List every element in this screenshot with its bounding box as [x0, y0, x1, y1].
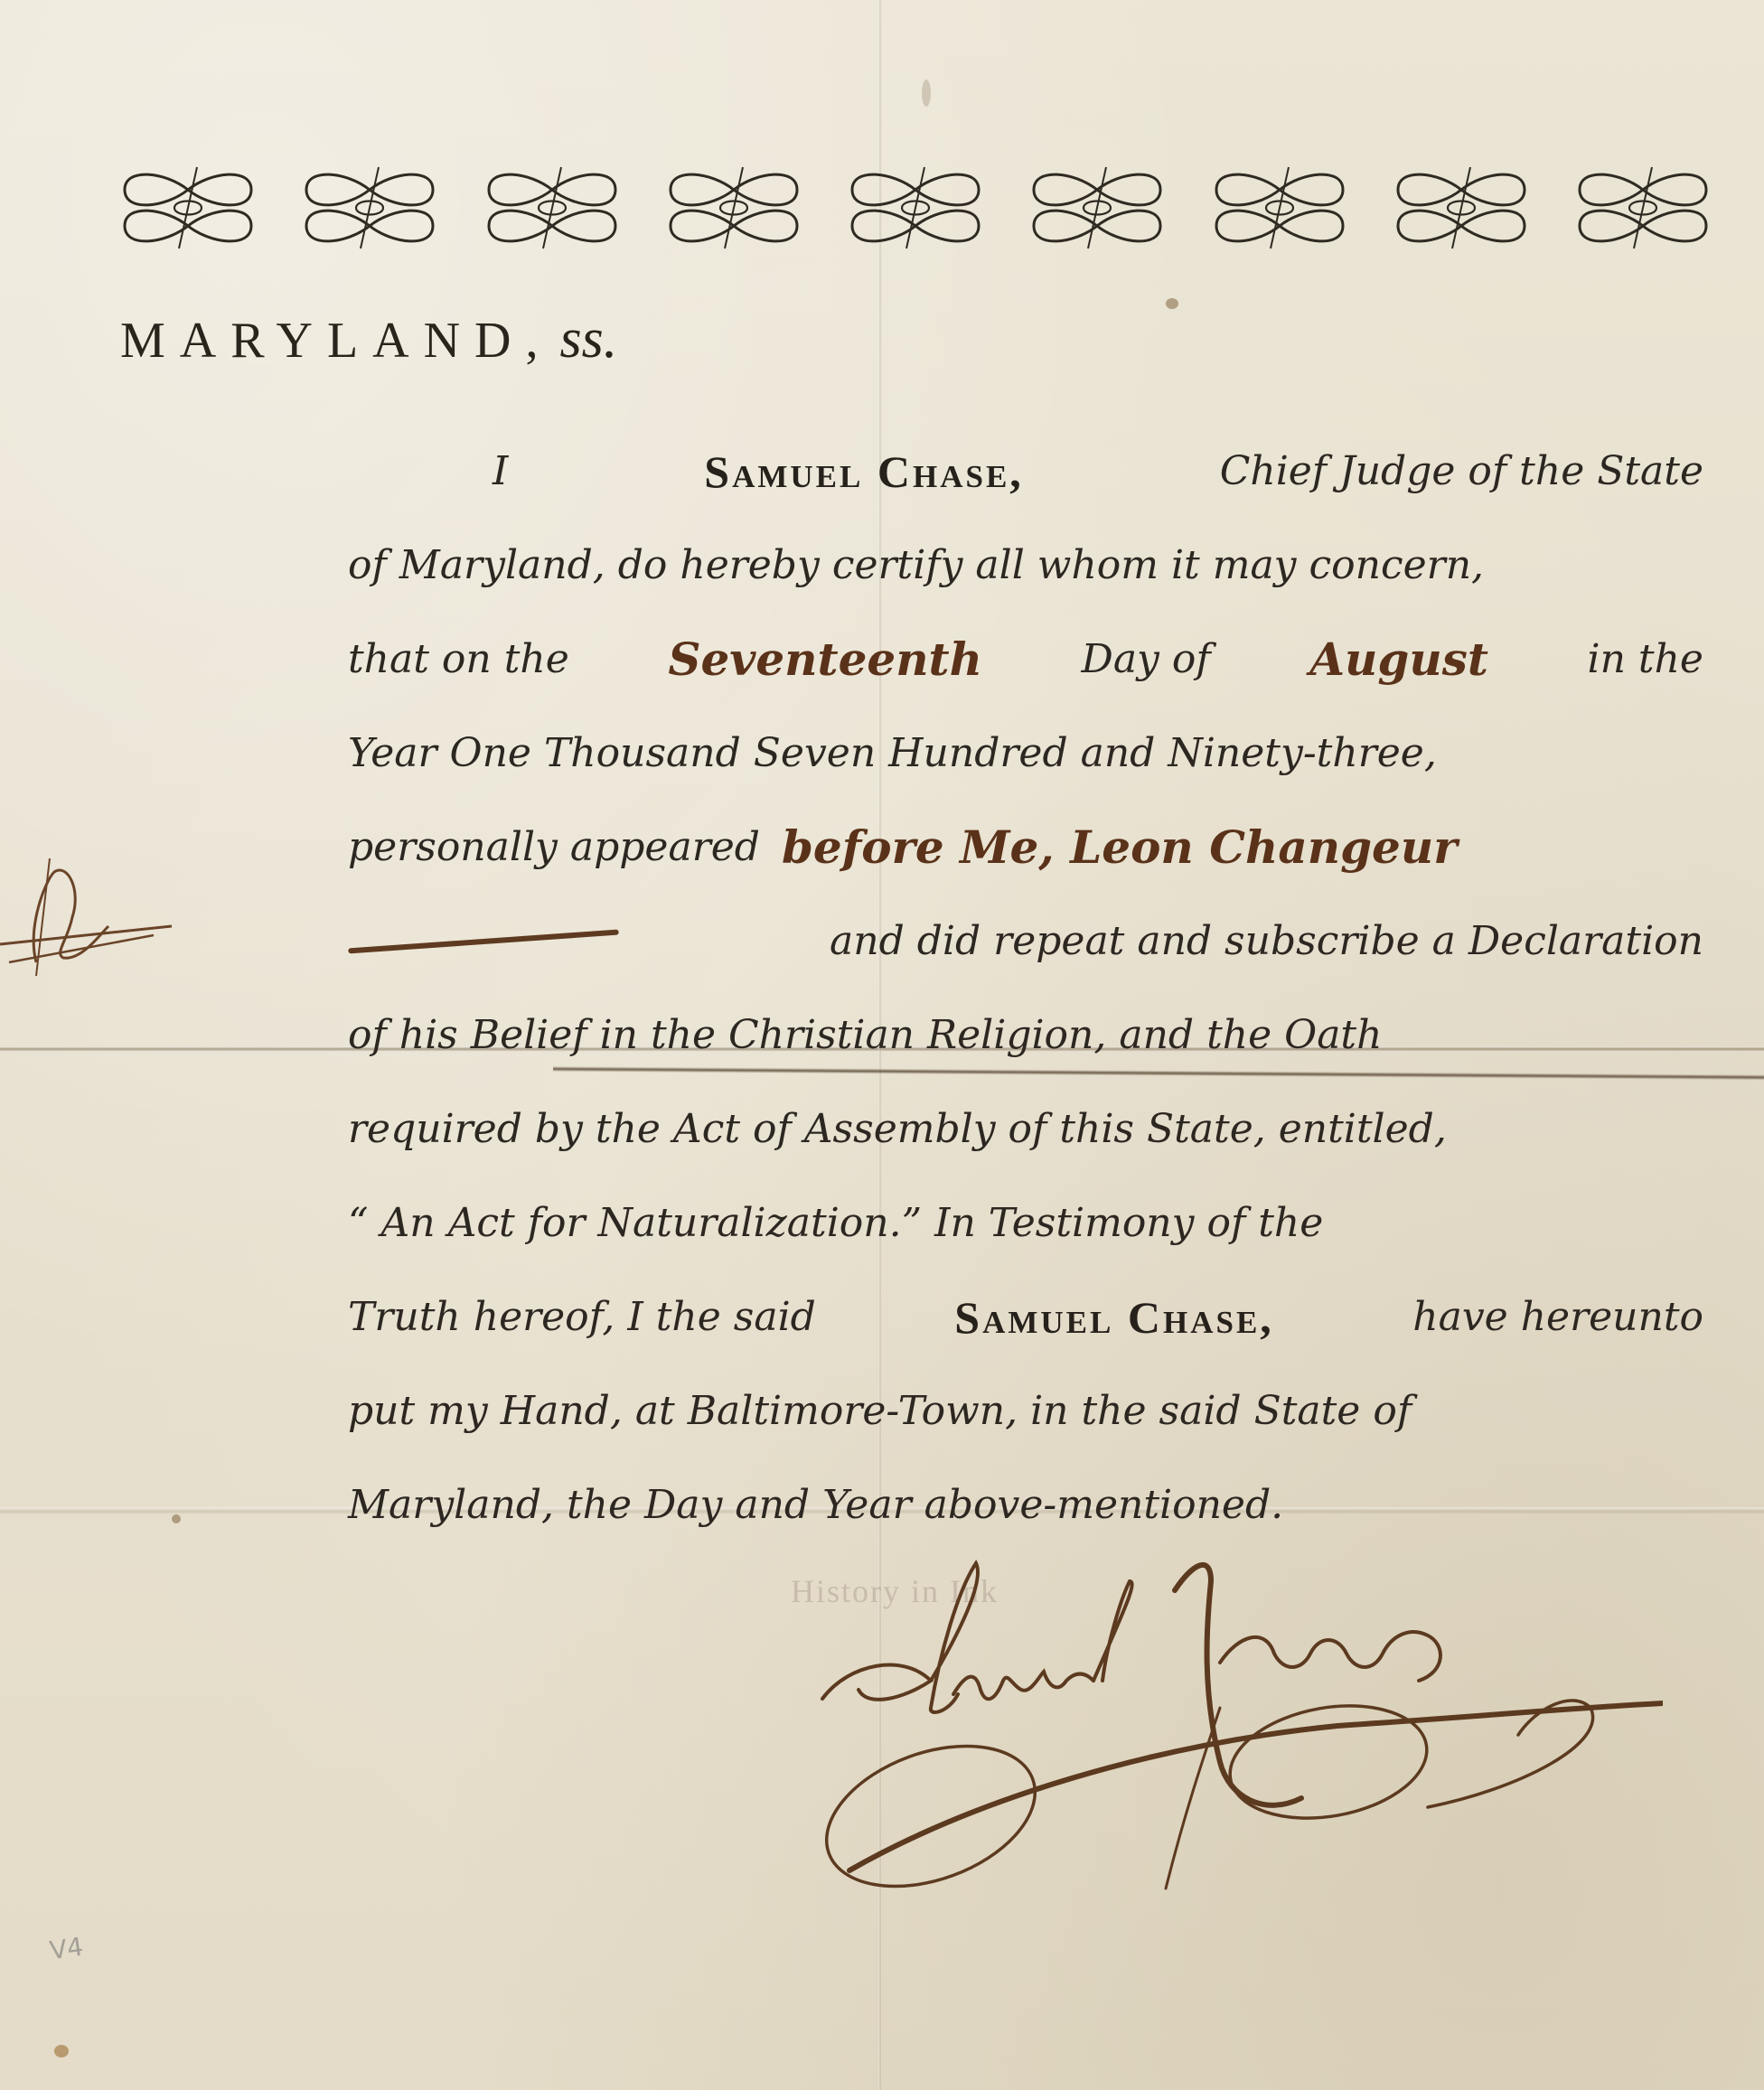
- handwritten-month: August: [1309, 613, 1488, 707]
- text-line-7: of his Belief in the Christian Religion,…: [348, 989, 1703, 1082]
- line-5-part-0: personally appeared: [348, 801, 760, 895]
- line-9-text: “ An Act for Naturalization.” In Testimo…: [348, 1176, 1323, 1270]
- line-7-text: of his Belief in the Christian Religion,…: [348, 989, 1382, 1082]
- line-11-text: put my Hand, at Baltimore-Town, in the s…: [348, 1364, 1412, 1458]
- text-line-5: personally appeared before Me, Leon Chan…: [348, 801, 1703, 895]
- state-heading: MARYLAND,ss.: [120, 307, 617, 371]
- flourish-ornament-icon: [1207, 163, 1352, 253]
- text-line-9: “ An Act for Naturalization.” In Testimo…: [348, 1176, 1703, 1270]
- flourish-ornament-icon: [1571, 163, 1715, 253]
- ink-spot: [1166, 298, 1178, 309]
- heading-text: MARYLAND,: [120, 313, 552, 369]
- line-1-part-0: I: [493, 425, 508, 519]
- line-10-part-2: have hereunto: [1412, 1270, 1703, 1364]
- smudge: [922, 80, 931, 107]
- text-line-8: required by the Act of Assembly of this …: [348, 1082, 1703, 1176]
- ss-mark: ss.: [559, 308, 617, 370]
- document-page: MARYLAND,ss. I Samuel Chase, Chief Judge…: [0, 0, 1764, 2090]
- flourish-ornament-icon: [116, 163, 260, 253]
- flourish-ornament-icon: [480, 163, 624, 253]
- flourish-ornament-icon: [1025, 163, 1169, 253]
- certificate-body: I Samuel Chase, Chief Judge of the State…: [348, 425, 1703, 1552]
- text-line-10: Truth hereof, I the said Samuel Chase, h…: [348, 1270, 1703, 1364]
- rust-spot: [54, 2045, 69, 2057]
- line-3-part-2: Day of: [1082, 613, 1211, 707]
- flourish-ornament-icon: [661, 163, 806, 253]
- line-10-part-0: Truth hereof, I the said: [348, 1270, 816, 1364]
- pencil-annotation: V4: [48, 1932, 85, 1966]
- judge-name: Samuel Chase,: [704, 425, 1024, 519]
- handwritten-day: Seventeenth: [668, 613, 982, 707]
- text-line-11: put my Hand, at Baltimore-Town, in the s…: [348, 1364, 1703, 1458]
- text-line-3: that on the Seventeenth Day of August in…: [348, 613, 1703, 707]
- flourish-ornament-icon: [297, 163, 442, 253]
- line-4-text: Year One Thousand Seven Hundred and Nine…: [348, 707, 1437, 801]
- flourish-ornament-icon: [1389, 163, 1534, 253]
- ink-spot: [172, 1514, 181, 1523]
- line-1-part-2: Chief Judge of the State: [1220, 425, 1703, 519]
- line-3-part-4: in the: [1588, 613, 1703, 707]
- judge-name-repeat: Samuel Chase,: [954, 1270, 1274, 1364]
- line-8-text: required by the Act of Assembly of this …: [348, 1082, 1447, 1176]
- text-line-4: Year One Thousand Seven Hundred and Nine…: [348, 707, 1703, 801]
- handwritten-appearance: before Me, Leon Changeur: [782, 801, 1458, 895]
- ornamental-border: [116, 163, 1715, 253]
- line-3-part-0: that on the: [348, 613, 569, 707]
- line-6-text: and did repeat and subscribe a Declarati…: [830, 895, 1703, 989]
- text-line-2: of Maryland, do hereby certify all whom …: [348, 519, 1703, 613]
- text-line-1: I Samuel Chase, Chief Judge of the State: [348, 425, 1703, 519]
- signature-flourish-icon: [795, 1527, 1663, 1925]
- line-2-text: of Maryland, do hereby certify all whom …: [348, 519, 1484, 613]
- text-line-6: and did repeat and subscribe a Declarati…: [348, 895, 1703, 989]
- flourish-ornament-icon: [843, 163, 988, 253]
- handwritten-dash: [348, 930, 619, 954]
- margin-flourish-icon: [0, 854, 181, 980]
